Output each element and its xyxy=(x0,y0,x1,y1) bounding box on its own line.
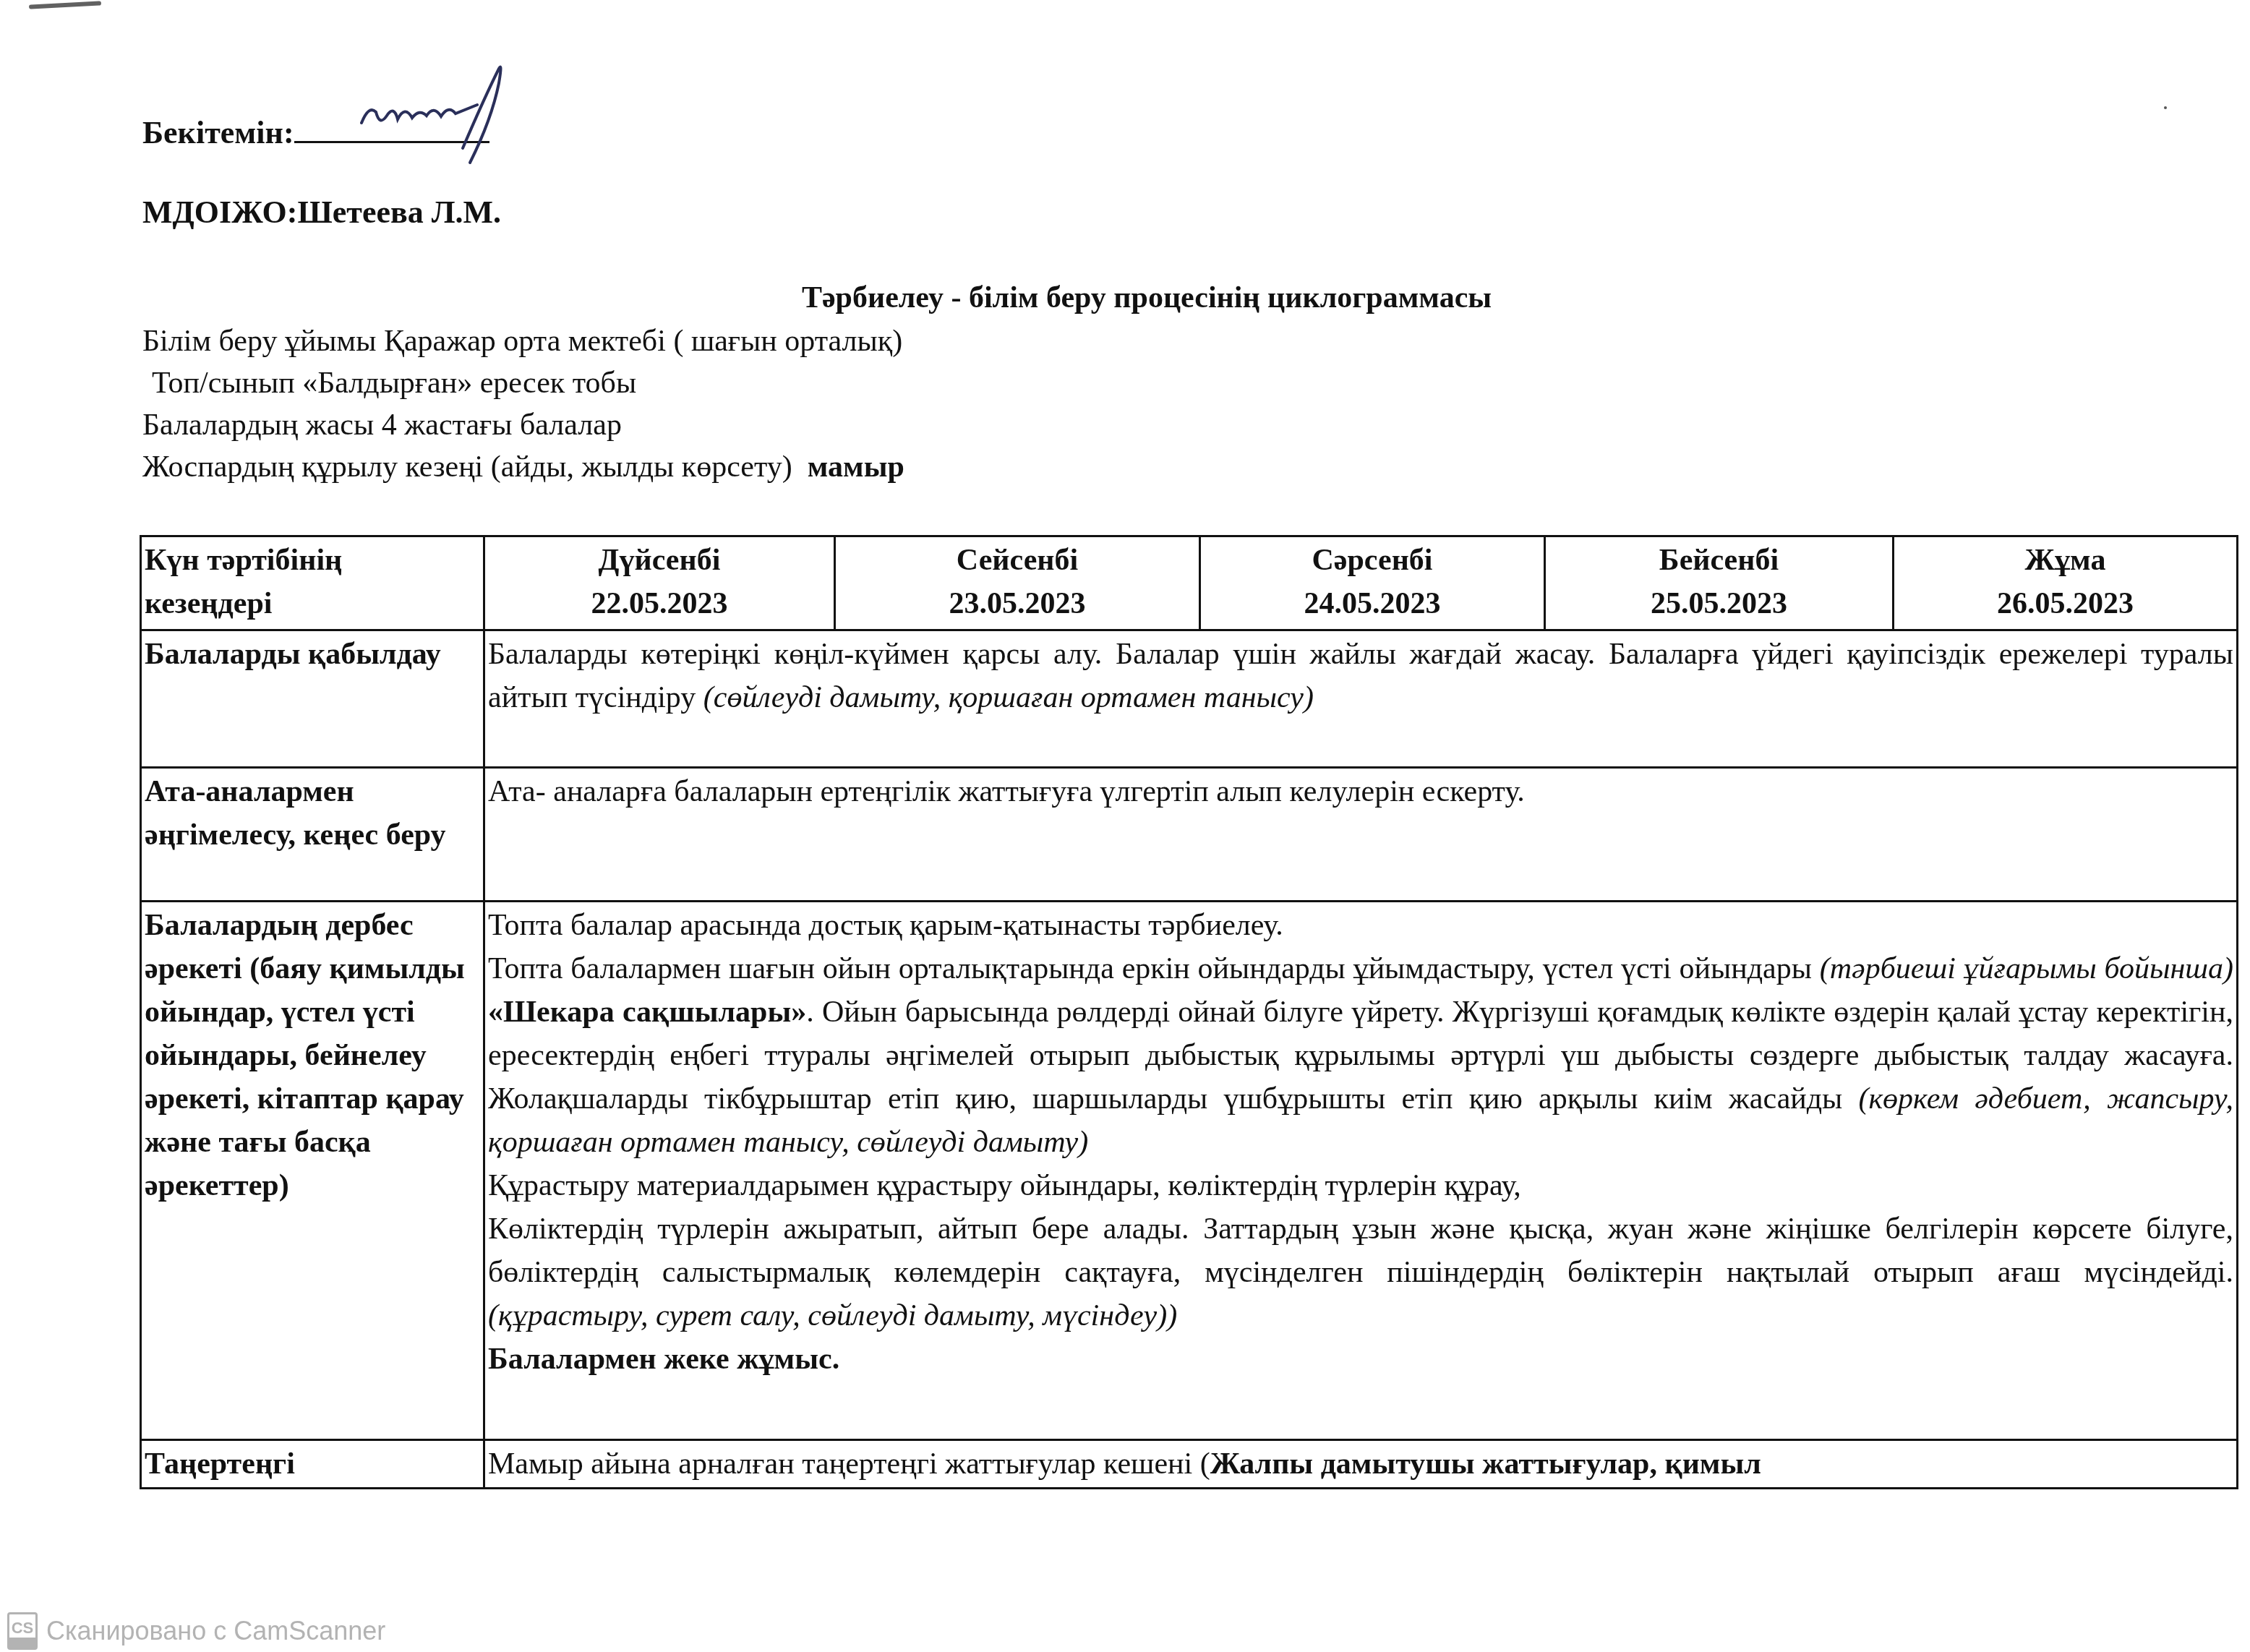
signature-icon xyxy=(354,54,528,170)
day-name: Сейсенбі xyxy=(957,544,1078,577)
content-italic: (құрастыру, сурет салу, сөйлеуді дамыту,… xyxy=(488,1299,1177,1332)
camscanner-logo-icon: CS xyxy=(7,1612,38,1650)
game-title: «Шекара сақшылары» xyxy=(488,996,806,1029)
stage-cell: Ата-аналармен әңгімелесу, кеңес беру xyxy=(141,768,484,902)
content-cell: Топта балалар арасында достық қарым-қаты… xyxy=(484,902,2238,1440)
content-bold: Жалпы дамытушы жаттығулар, қимыл xyxy=(1210,1447,1761,1481)
stage-column-header: Күн тәртібінің кезеңдері xyxy=(141,536,484,630)
content-paragraph: Көліктердің түрлерін ажыратып, айтып бер… xyxy=(488,1207,2233,1338)
content-cell: Ата- аналарға балаларын ертеңгілік жатты… xyxy=(484,768,2238,902)
table-row: Ата-аналармен әңгімелесу, кеңес беру Ата… xyxy=(141,768,2238,902)
watermark-text: Сканировано с CamScanner xyxy=(46,1616,385,1646)
content-text: Топта балалармен шағын ойын орталықтарын… xyxy=(488,952,1820,985)
scan-speck xyxy=(2164,106,2167,109)
content-text: Көліктердің түрлерін ажыратып, айтып бер… xyxy=(488,1212,2233,1289)
info-period: Жоспардың құрылу кезеңі (айды, жылды көр… xyxy=(142,450,904,484)
stage-cell: Балаларды қабылдау xyxy=(141,630,484,768)
day-name: Дүйсенбі xyxy=(599,544,721,577)
info-period-label: Жоспардың құрылу кезеңі (айды, жылды көр… xyxy=(142,450,792,484)
info-group: Топ/сынып «Балдырған» ересек тобы xyxy=(152,366,636,401)
content-paragraph: Құрастыру материалдарымен құрастыру ойын… xyxy=(488,1164,2233,1207)
table-header-row: Күн тәртібінің кезеңдері Дүйсенбі22.05.2… xyxy=(141,536,2238,630)
director-name: МДОІЖО:Шетеева Л.М. xyxy=(142,194,501,231)
stage-cell: Таңертеңгі xyxy=(141,1440,484,1489)
content-italic: (тәрбиеші ұйғарымы бойынша) xyxy=(1820,952,2233,985)
day-date: 26.05.2023 xyxy=(1997,587,2134,620)
info-age: Балалардың жасы 4 жастағы балалар xyxy=(142,408,622,442)
content-italic: (сөйлеуді дамыту, қоршаған ортамен таныс… xyxy=(703,681,1314,714)
day-header-thursday: Бейсенбі25.05.2023 xyxy=(1545,536,1894,630)
table-row: Таңертеңгі Мамыр айына арналған таңертең… xyxy=(141,1440,2238,1489)
stage-header-line1: Күн тәртібінің xyxy=(145,544,342,577)
info-period-value: мамыр xyxy=(808,450,904,484)
cyclogram-table: Күн тәртібінің кезеңдері Дүйсенбі22.05.2… xyxy=(140,535,2238,1489)
day-header-tuesday: Сейсенбі23.05.2023 xyxy=(835,536,1200,630)
day-date: 24.05.2023 xyxy=(1304,587,1441,620)
day-name: Жұма xyxy=(2025,544,2106,577)
table-row: Балалардың дербес әрекеті (баяу қимылды … xyxy=(141,902,2238,1440)
scan-mark xyxy=(29,1,101,9)
day-date: 22.05.2023 xyxy=(591,587,728,620)
day-header-monday: Дүйсенбі22.05.2023 xyxy=(484,536,835,630)
day-header-friday: Жұма26.05.2023 xyxy=(1894,536,2238,630)
content-text: Ата- аналарға балаларын ертеңгілік жатты… xyxy=(488,775,1525,808)
approval-label: Бекітемін: xyxy=(142,115,294,150)
day-name: Сәрсенбі xyxy=(1312,544,1433,577)
document-title: Тәрбиелеу - білім беру процесінің циклог… xyxy=(0,281,2250,315)
content-paragraph-bold: Балалармен жеке жұмыс. xyxy=(488,1338,2233,1381)
content-text: Мамыр айына арналған таңертеңгі жаттығул… xyxy=(488,1447,1210,1481)
content-paragraph: Топта балалар арасында достық қарым-қаты… xyxy=(488,904,2233,947)
stage-header-line2: кезеңдері xyxy=(145,587,272,620)
info-organization: Білім беру ұйымы Қаражар орта мектебі ( … xyxy=(142,324,902,359)
day-name: Бейсенбі xyxy=(1659,544,1779,577)
day-header-wednesday: Сәрсенбі24.05.2023 xyxy=(1200,536,1545,630)
stage-cell: Балалардың дербес әрекеті (баяу қимылды … xyxy=(141,902,484,1440)
camscanner-watermark: CS Сканировано с CamScanner xyxy=(7,1612,385,1650)
day-date: 25.05.2023 xyxy=(1651,587,1787,620)
day-date: 23.05.2023 xyxy=(949,587,1086,620)
content-cell: Балаларды көтеріңкі көңіл-күймен қарсы а… xyxy=(484,630,2238,768)
table-row: Балаларды қабылдау Балаларды көтеріңкі к… xyxy=(141,630,2238,768)
content-cell: Мамыр айына арналған таңертеңгі жаттығул… xyxy=(484,1440,2238,1489)
content-paragraph: Топта балалармен шағын ойын орталықтарын… xyxy=(488,947,2233,1164)
